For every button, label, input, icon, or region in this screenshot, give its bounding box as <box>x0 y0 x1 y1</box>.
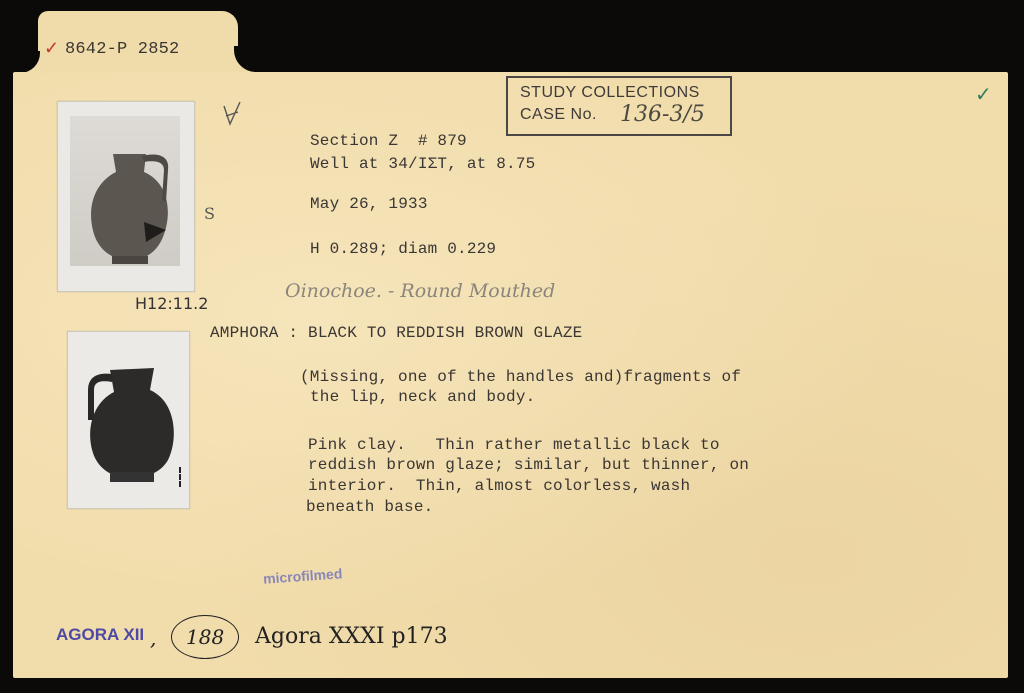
jug-photo-broken-side <box>57 101 195 292</box>
handwritten-s: S <box>204 204 215 223</box>
comma: , <box>150 626 156 650</box>
section-line: Section Z # 879 <box>310 132 467 150</box>
study-collections-stamp: STUDY COLLECTIONS CASE No. 136-3/5 <box>506 76 732 136</box>
inventory-number: 8642-P 2852 <box>65 40 179 59</box>
description-line-3: interior. Thin, almost colorless, wash <box>308 477 690 495</box>
jug-photo-handle-side <box>67 331 190 509</box>
object-title: AMPHORA : BLACK TO REDDISH BROWN GLAZE <box>210 324 582 342</box>
oinochoe-silhouette-icon <box>78 142 178 272</box>
red-check-icon: ✓ <box>44 38 59 59</box>
well-line: Well at 34/IΣT, at 8.75 <box>310 155 535 173</box>
handwritten-type: Oinochoe. - Round Mouthed <box>285 280 555 302</box>
stamp-line-2: CASE No. <box>520 106 597 124</box>
description-line-2: reddish brown glaze; similar, but thinne… <box>308 456 749 474</box>
description-line-4: beneath base. <box>306 498 433 516</box>
description-line-1: Pink clay. Thin rather metallic black to <box>308 436 720 454</box>
case-number: 136-3/5 <box>620 102 705 127</box>
green-check-icon: ✓ <box>975 82 992 106</box>
deposit-label: H12:11.2 <box>135 294 208 313</box>
condition-line-2: the lip, neck and body. <box>310 388 535 406</box>
stamp-line-1: STUDY COLLECTIONS <box>520 84 700 102</box>
dimensions: H 0.289; diam 0.229 <box>310 240 496 258</box>
date: May 26, 1933 <box>310 195 428 213</box>
condition-line-1: (Missing, one of the handles and)fragmen… <box>300 368 741 386</box>
pencil-mark-icon <box>220 100 244 128</box>
agora-reference: Agora XXXI p173 <box>255 624 448 649</box>
oinochoe-silhouette-icon <box>82 360 182 490</box>
catalog-number: 188 <box>186 625 224 649</box>
agora-stamp: AGORA XII <box>56 625 144 645</box>
